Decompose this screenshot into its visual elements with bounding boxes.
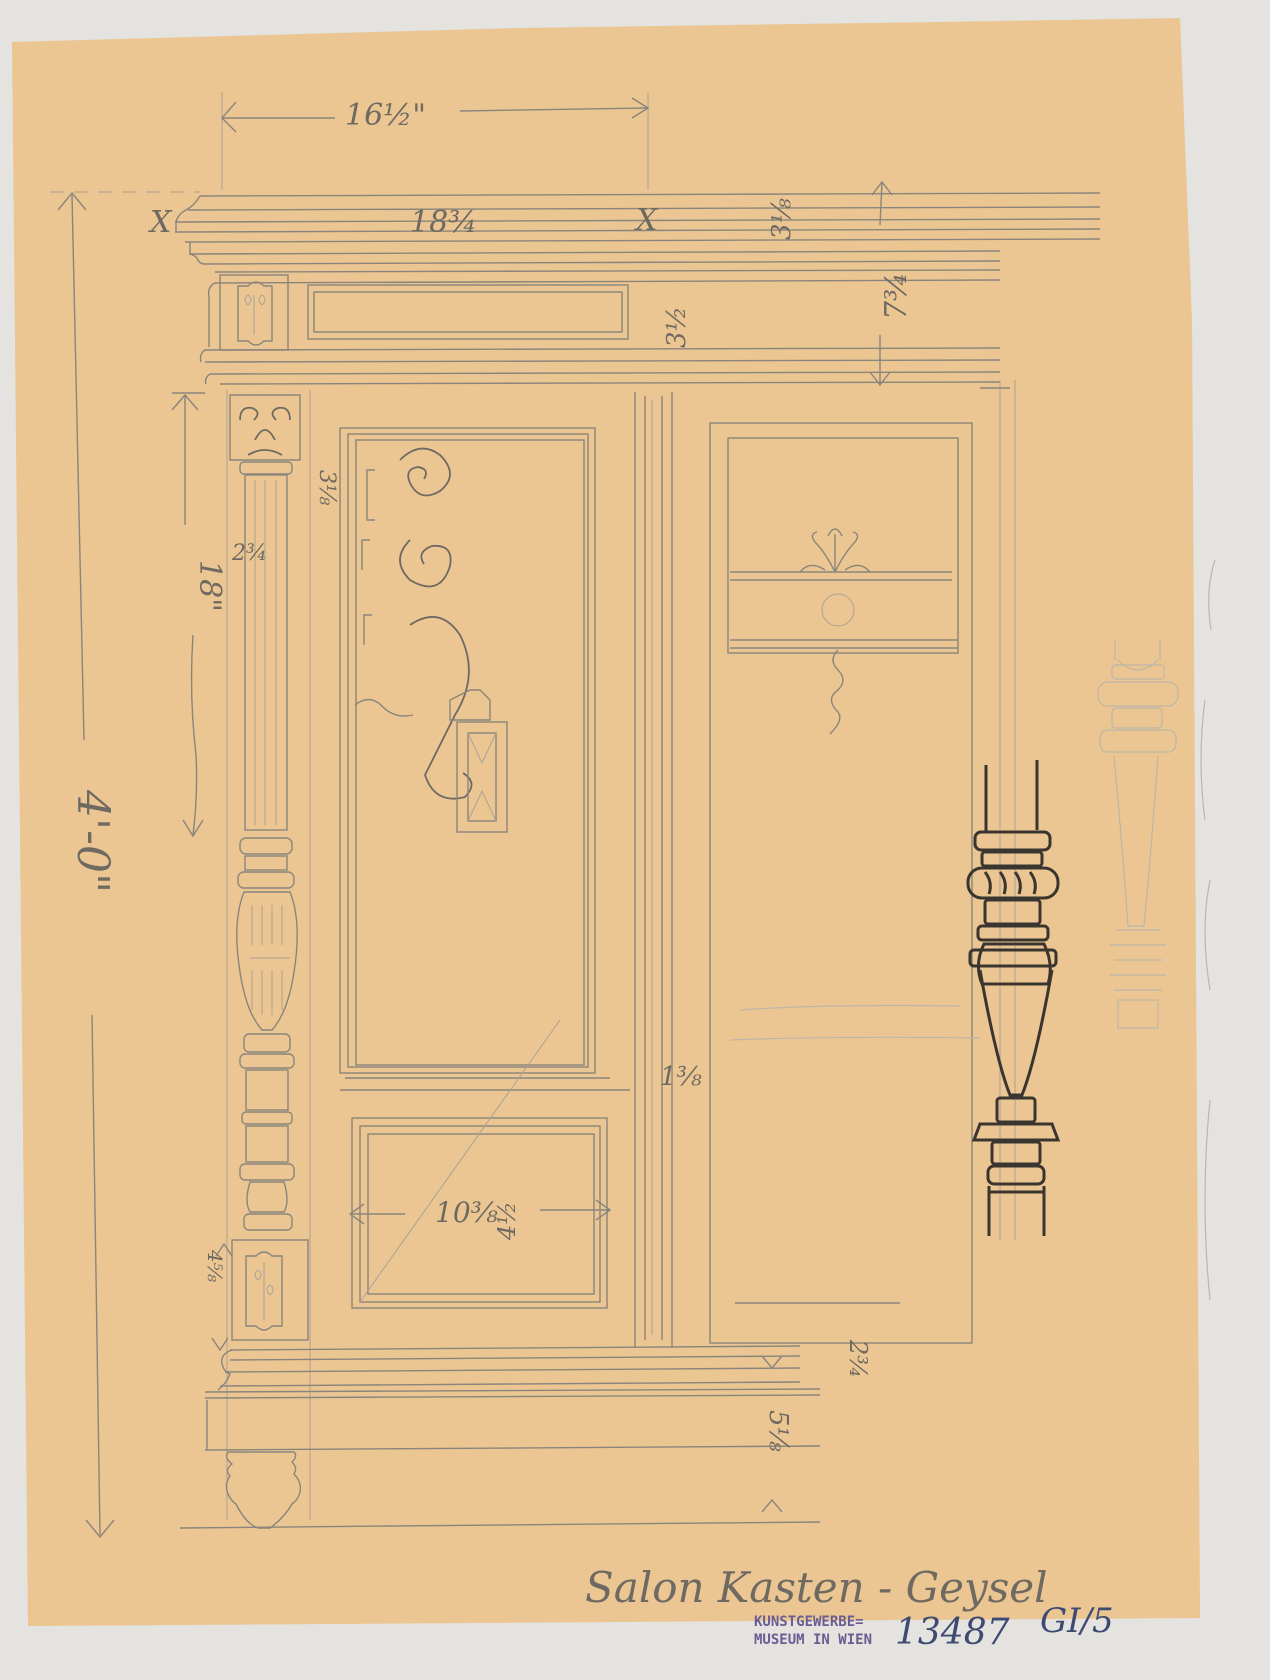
museum-stamp: KUNSTGEWERBE= MUSEUM IN WIEN (754, 1614, 872, 1648)
svg-text:18": 18" (192, 560, 227, 612)
sheet-code: GI/5 (1040, 1601, 1114, 1641)
svg-text:2¾: 2¾ (844, 1339, 872, 1379)
svg-text:1⅜: 1⅜ (660, 1062, 703, 1092)
drawing-title: Salon Kasten - Geysel (585, 1563, 1048, 1612)
svg-text:18¾: 18¾ (410, 205, 477, 240)
svg-text:2¾: 2¾ (231, 541, 267, 566)
drawing-sheet: 16½" X X 18¾ 3⅛ 3½ 7¾ (0, 0, 1270, 1680)
svg-text:5⅛: 5⅛ (763, 1410, 793, 1453)
svg-text:4⅝: 4⅝ (203, 1249, 227, 1283)
svg-text:KUNSTGEWERBE=: KUNSTGEWERBE= (754, 1614, 864, 1630)
svg-text:3⅛: 3⅛ (314, 470, 339, 506)
paper-tone (12, 18, 1200, 1626)
svg-text:10⅜: 10⅜ (435, 1196, 498, 1229)
svg-text:MUSEUM IN WIEN: MUSEUM IN WIEN (754, 1632, 872, 1648)
svg-text:X: X (148, 205, 173, 240)
svg-text:3⅛: 3⅛ (767, 197, 797, 240)
svg-text:4'-0": 4'-0" (67, 789, 118, 893)
svg-text:3½: 3½ (662, 306, 692, 348)
svg-text:16½": 16½" (345, 98, 426, 133)
inventory-number: 13487 (895, 1612, 1010, 1653)
svg-text:7¾: 7¾ (879, 272, 914, 320)
svg-text:4½: 4½ (493, 1201, 521, 1241)
svg-text:X: X (634, 203, 659, 238)
